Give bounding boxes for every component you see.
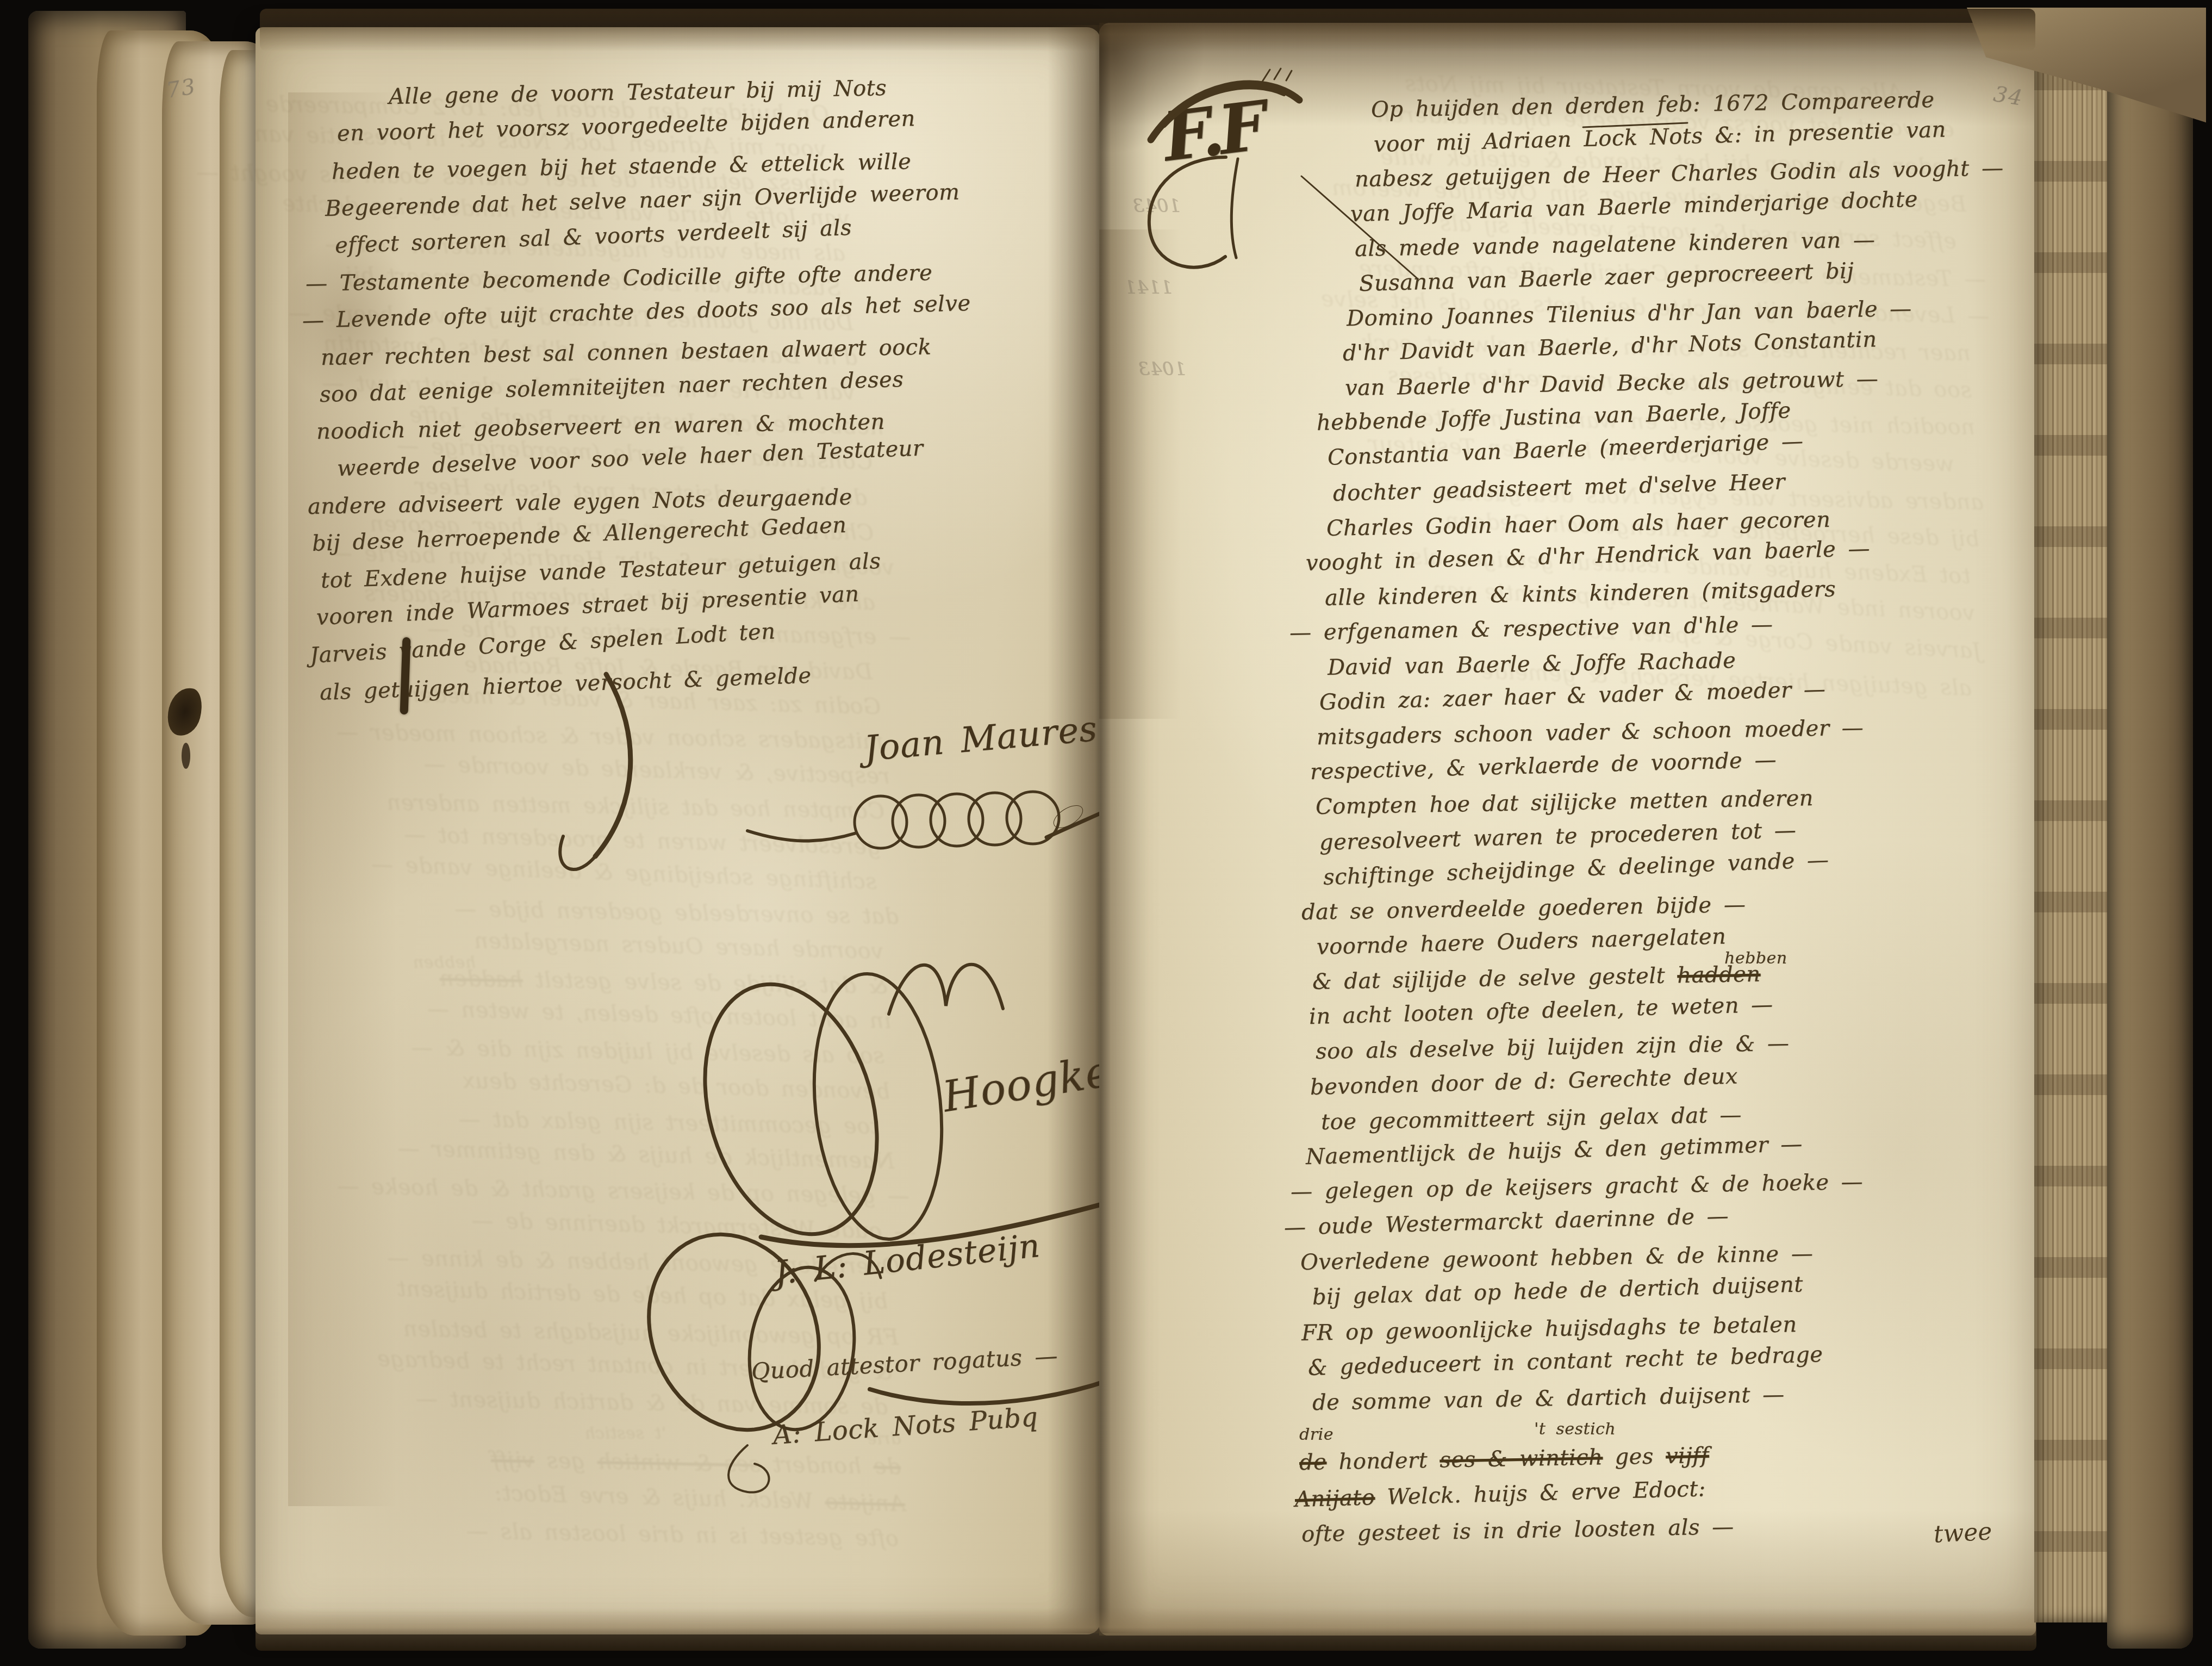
manuscript-line: respective, & verklaerde de voornde —: [1310, 749, 1777, 783]
manuscript-line: — erfgenamen & respective van d'hle —: [1289, 613, 1773, 644]
manuscript-line: Charles Godin haer Oom als haer gecoren: [1326, 509, 1831, 539]
stained-bottom-edge: [256, 1608, 2036, 1651]
book-cover-right-edge: [2107, 14, 2193, 1649]
manuscript-line: van Joffe Maria van Baerle minderjarige …: [1350, 189, 1918, 225]
manuscript-line: Susanna van Baerle zaer geprocreeert bij: [1359, 260, 1854, 295]
right-page: Alle gene de voorn Testateur bij mij Not…: [1099, 23, 2036, 1636]
manuscript-line: dochter geadsisteert met d'selve Heer: [1332, 471, 1785, 505]
ink-drip: [182, 743, 190, 769]
manuscript-line: als mede vande nagelatene kinderen van —: [1355, 229, 1875, 260]
manuscript-line: mitsgaders schoon vader & schoon moeder …: [1317, 717, 1864, 748]
manuscript-line: voor mij Adriaen Lock Nots &: in present…: [1373, 119, 1946, 156]
manuscript-line: — oude Westermarckt daerinne de —: [1283, 1205, 1729, 1239]
stained-top-edge: [260, 9, 2035, 51]
manuscript-line: Naementlijck de huijs & den getimmer —: [1305, 1133, 1803, 1168]
manuscript-line: toe gecommitteert sijn gelax dat —: [1321, 1104, 1742, 1133]
manuscript-line: FR op gewoonlijcke huijsdaghs te betalen: [1301, 1314, 1797, 1344]
manuscript-line: van Baerle d'hr David Becke als getrouwt…: [1345, 368, 1879, 399]
manuscript-line: Overledene gewoont hebben & de kinne —: [1300, 1243, 1814, 1273]
left-page-number: 73: [165, 74, 198, 103]
manuscript-line: drie: [1299, 1427, 1334, 1443]
manuscript-line: Compten hoe dat sijlijcke metten anderen: [1316, 787, 1814, 818]
manuscript-line: voornde haere Ouders naergelaten: [1316, 925, 1726, 958]
manuscript-line: 't sestich: [1534, 1421, 1616, 1438]
manuscript-line: dat se onverdeelde goederen bijde —: [1301, 894, 1746, 923]
manuscript-line: alle kinderen & kints kinderen (mitsgade…: [1325, 579, 1836, 609]
manuscript-line: bij gelax dat op hede de dertich duijsen…: [1312, 1273, 1803, 1308]
book-gutter-shadow: [1048, 25, 1149, 1633]
manuscript-line: Constantia van Baerle (meerderjarige —: [1327, 430, 1804, 469]
manuscript-line: d'hr Davidt van Baerle, d'hr Nots Consta…: [1342, 328, 1877, 364]
manuscript-line: hebbende Joffe Justina van Baerle, Joffe: [1316, 400, 1791, 434]
left-page: Op huijden den derden feb: 1672 Comparee…: [256, 27, 1101, 1634]
manuscript-line: Anijato Welck. huijs & erve Edoct:: [1294, 1478, 1706, 1510]
manuscript-line: de hondert ses & wintich ges vijff: [1299, 1445, 1710, 1474]
manuscript-line: schiftinge scheijdinge & deelinge vande …: [1323, 849, 1829, 888]
right-page-text: Op huijden den derden feb: 1672 Comparee…: [1099, 23, 2036, 1636]
manuscript-line: nabesz getuijgen de Heer Charles Godin a…: [1355, 157, 2004, 190]
manuscript-line: David van Baerle & Joffe Rachade: [1328, 650, 1736, 679]
manuscript-line: geresolveert waren te procederen tot —: [1319, 819, 1796, 854]
manuscript-line: ofte gesteet is in drie loosten als —: [1301, 1516, 1734, 1545]
manuscript-line: & dat sijlijde de selve gestelt hadden: [1312, 963, 1761, 993]
catchword: twee: [1933, 1518, 1993, 1549]
manuscript-line: hebben: [1724, 950, 1787, 967]
manuscript-line: — gelegen op de keijsers gracht & de hoe…: [1291, 1171, 1864, 1203]
photo-background: Op huijden den derden feb: 1672 Comparee…: [0, 0, 2212, 1666]
manuscript-line: Op huijden den derden feb: 1672 Comparee…: [1371, 89, 1935, 121]
manuscript-line: Domino Joannes Tilenius d'hr Jan van bae…: [1347, 298, 1912, 330]
signature-flourish-layer: [256, 27, 1101, 1634]
manuscript-line: bevonden door de d: Gerechte deux: [1310, 1065, 1738, 1098]
manuscript-line: in acht looten ofte deelen, te weten —: [1308, 994, 1773, 1028]
manuscript-line: vooght in desen & d'hr Hendrick van baer…: [1305, 538, 1870, 574]
manuscript-line: Godin za: zaer haer & vader & moeder —: [1319, 679, 1825, 713]
manuscript-line: soo als deselve bij luijden zijn die & —: [1316, 1033, 1790, 1062]
right-page-number: 34: [1992, 82, 2025, 111]
manuscript-line: & gededuceert in contant recht te bedrag…: [1307, 1344, 1823, 1379]
manuscript-line: de somme van de & dartich duijsent —: [1312, 1384, 1785, 1414]
